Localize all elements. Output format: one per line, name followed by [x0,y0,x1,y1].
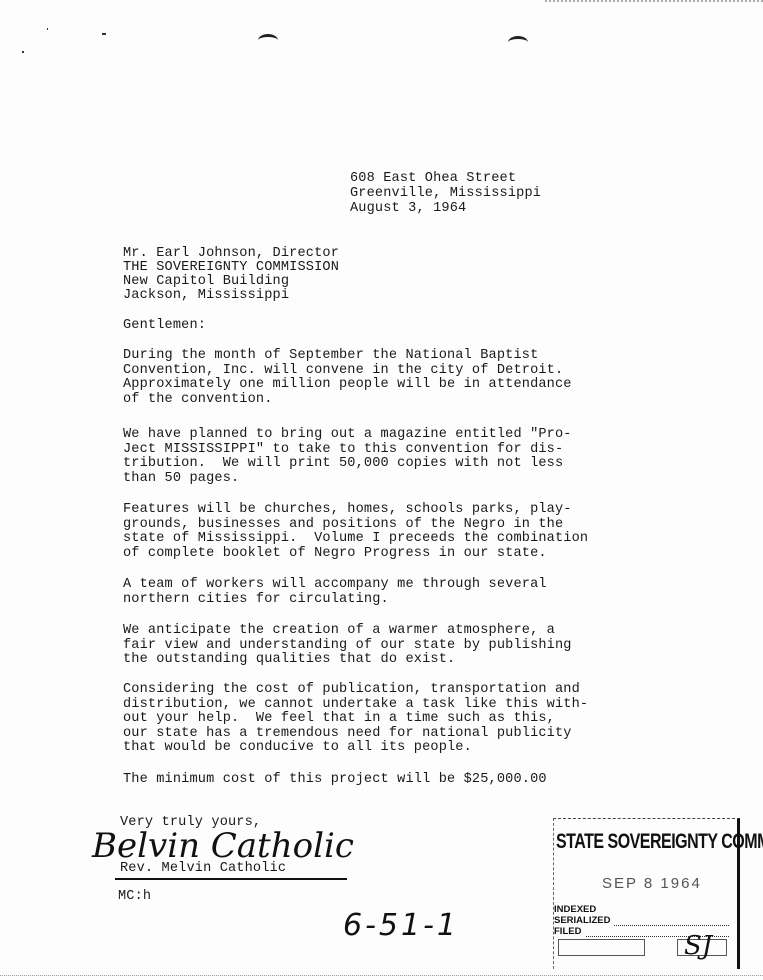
paragraph-line: out your help. We feel that in a time su… [123,712,588,727]
paragraph-anticipate: We anticipate the creation of a warmer a… [123,624,572,668]
scan-speck [47,28,48,30]
punch-hole-mark-left [258,34,278,47]
paragraph-line: Ject MISSISSIPPI" to take to this conven… [123,443,572,458]
sender-city-state: Greenville, Mississippi [350,187,541,202]
paragraph-line: Considering the cost of publication, tra… [123,683,588,698]
paragraph-convention: During the month of September the Nation… [123,349,572,407]
paragraph-line: state of Mississippi. Volume I preceeds … [123,532,588,547]
paragraph-team: A team of workers will accompany me thro… [123,578,547,607]
typist-initials: MC:h [118,890,151,905]
paragraph-line: tribution. We will print 50,000 copies w… [123,457,572,472]
scan-edge-dots [545,0,763,2]
paragraph-line: of complete booklet of Negro Progress in… [123,547,588,562]
signer-name: Rev. Melvin Catholic [120,862,286,877]
paragraph-line: our state has a tremendous need for nati… [123,727,588,742]
stamp-label-serialized: SERIALIZED [554,915,610,926]
paragraph-line: northern cities for circulating. [123,593,547,608]
paragraph-line: that would be conducive to all its peopl… [123,741,588,756]
paragraph-line: The minimum cost of this project will be… [123,773,547,788]
paragraph-line: of the convention. [123,393,572,408]
scan-speck [22,51,24,53]
paragraph-minimum-cost: The minimum cost of this project will be… [123,773,547,788]
paragraph-line: Convention, Inc. will convene in the cit… [123,364,572,379]
paragraph-cost-considerations: Considering the cost of publication, tra… [123,683,588,756]
stamp-date: SEP 8 1964 [602,875,702,892]
scan-speck [102,33,106,35]
salutation: Gentlemen: [123,319,206,334]
sender-street: 608 East Ohea Street [350,172,516,187]
punch-hole-mark-right [508,36,528,49]
paragraph-line: Features will be churches, homes, school… [123,503,588,518]
paragraph-magazine: We have planned to bring out a magazine … [123,428,572,486]
paragraph-line: We anticipate the creation of a warmer a… [123,624,572,639]
scan-bottom-edge [0,975,763,976]
paragraph-line: the outstanding qualities that do exist. [123,653,572,668]
paragraph-features: Features will be churches, homes, school… [123,503,588,561]
received-stamp: STATE SOVEREIGNTY COMMISSION SEP 8 1964 … [553,818,740,969]
handwritten-file-number: 6-51-1 [343,908,459,943]
paragraph-line: A team of workers will accompany me thro… [123,578,547,593]
paragraph-line: than 50 pages. [123,472,572,487]
paragraph-line: Approximately one million people will be… [123,378,572,393]
letter-date: August 3, 1964 [350,202,466,217]
paragraph-line: fair view and understanding of our state… [123,639,572,654]
stamp-initials-mark: SJ [684,931,712,961]
stamp-title: STATE SOVEREIGNTY COMMISSION [556,831,763,854]
paragraph-line: distribution, we cannot undertake a task… [123,698,588,713]
stamp-box [558,939,645,956]
paragraph-line: We have planned to bring out a magazine … [123,428,572,443]
paragraph-line: During the month of September the Nation… [123,349,572,364]
handwritten-signature: Belvin Catholic [92,826,354,866]
signature-underline [115,878,347,880]
stamp-label-indexed: INDEXED [554,904,596,915]
stamp-dotted-line [614,925,729,926]
paragraph-line: grounds, businesses and positions of the… [123,518,588,533]
recipient-city-state: Jackson, Mississippi [123,289,289,304]
stamp-label-filed: FILED [554,926,581,937]
